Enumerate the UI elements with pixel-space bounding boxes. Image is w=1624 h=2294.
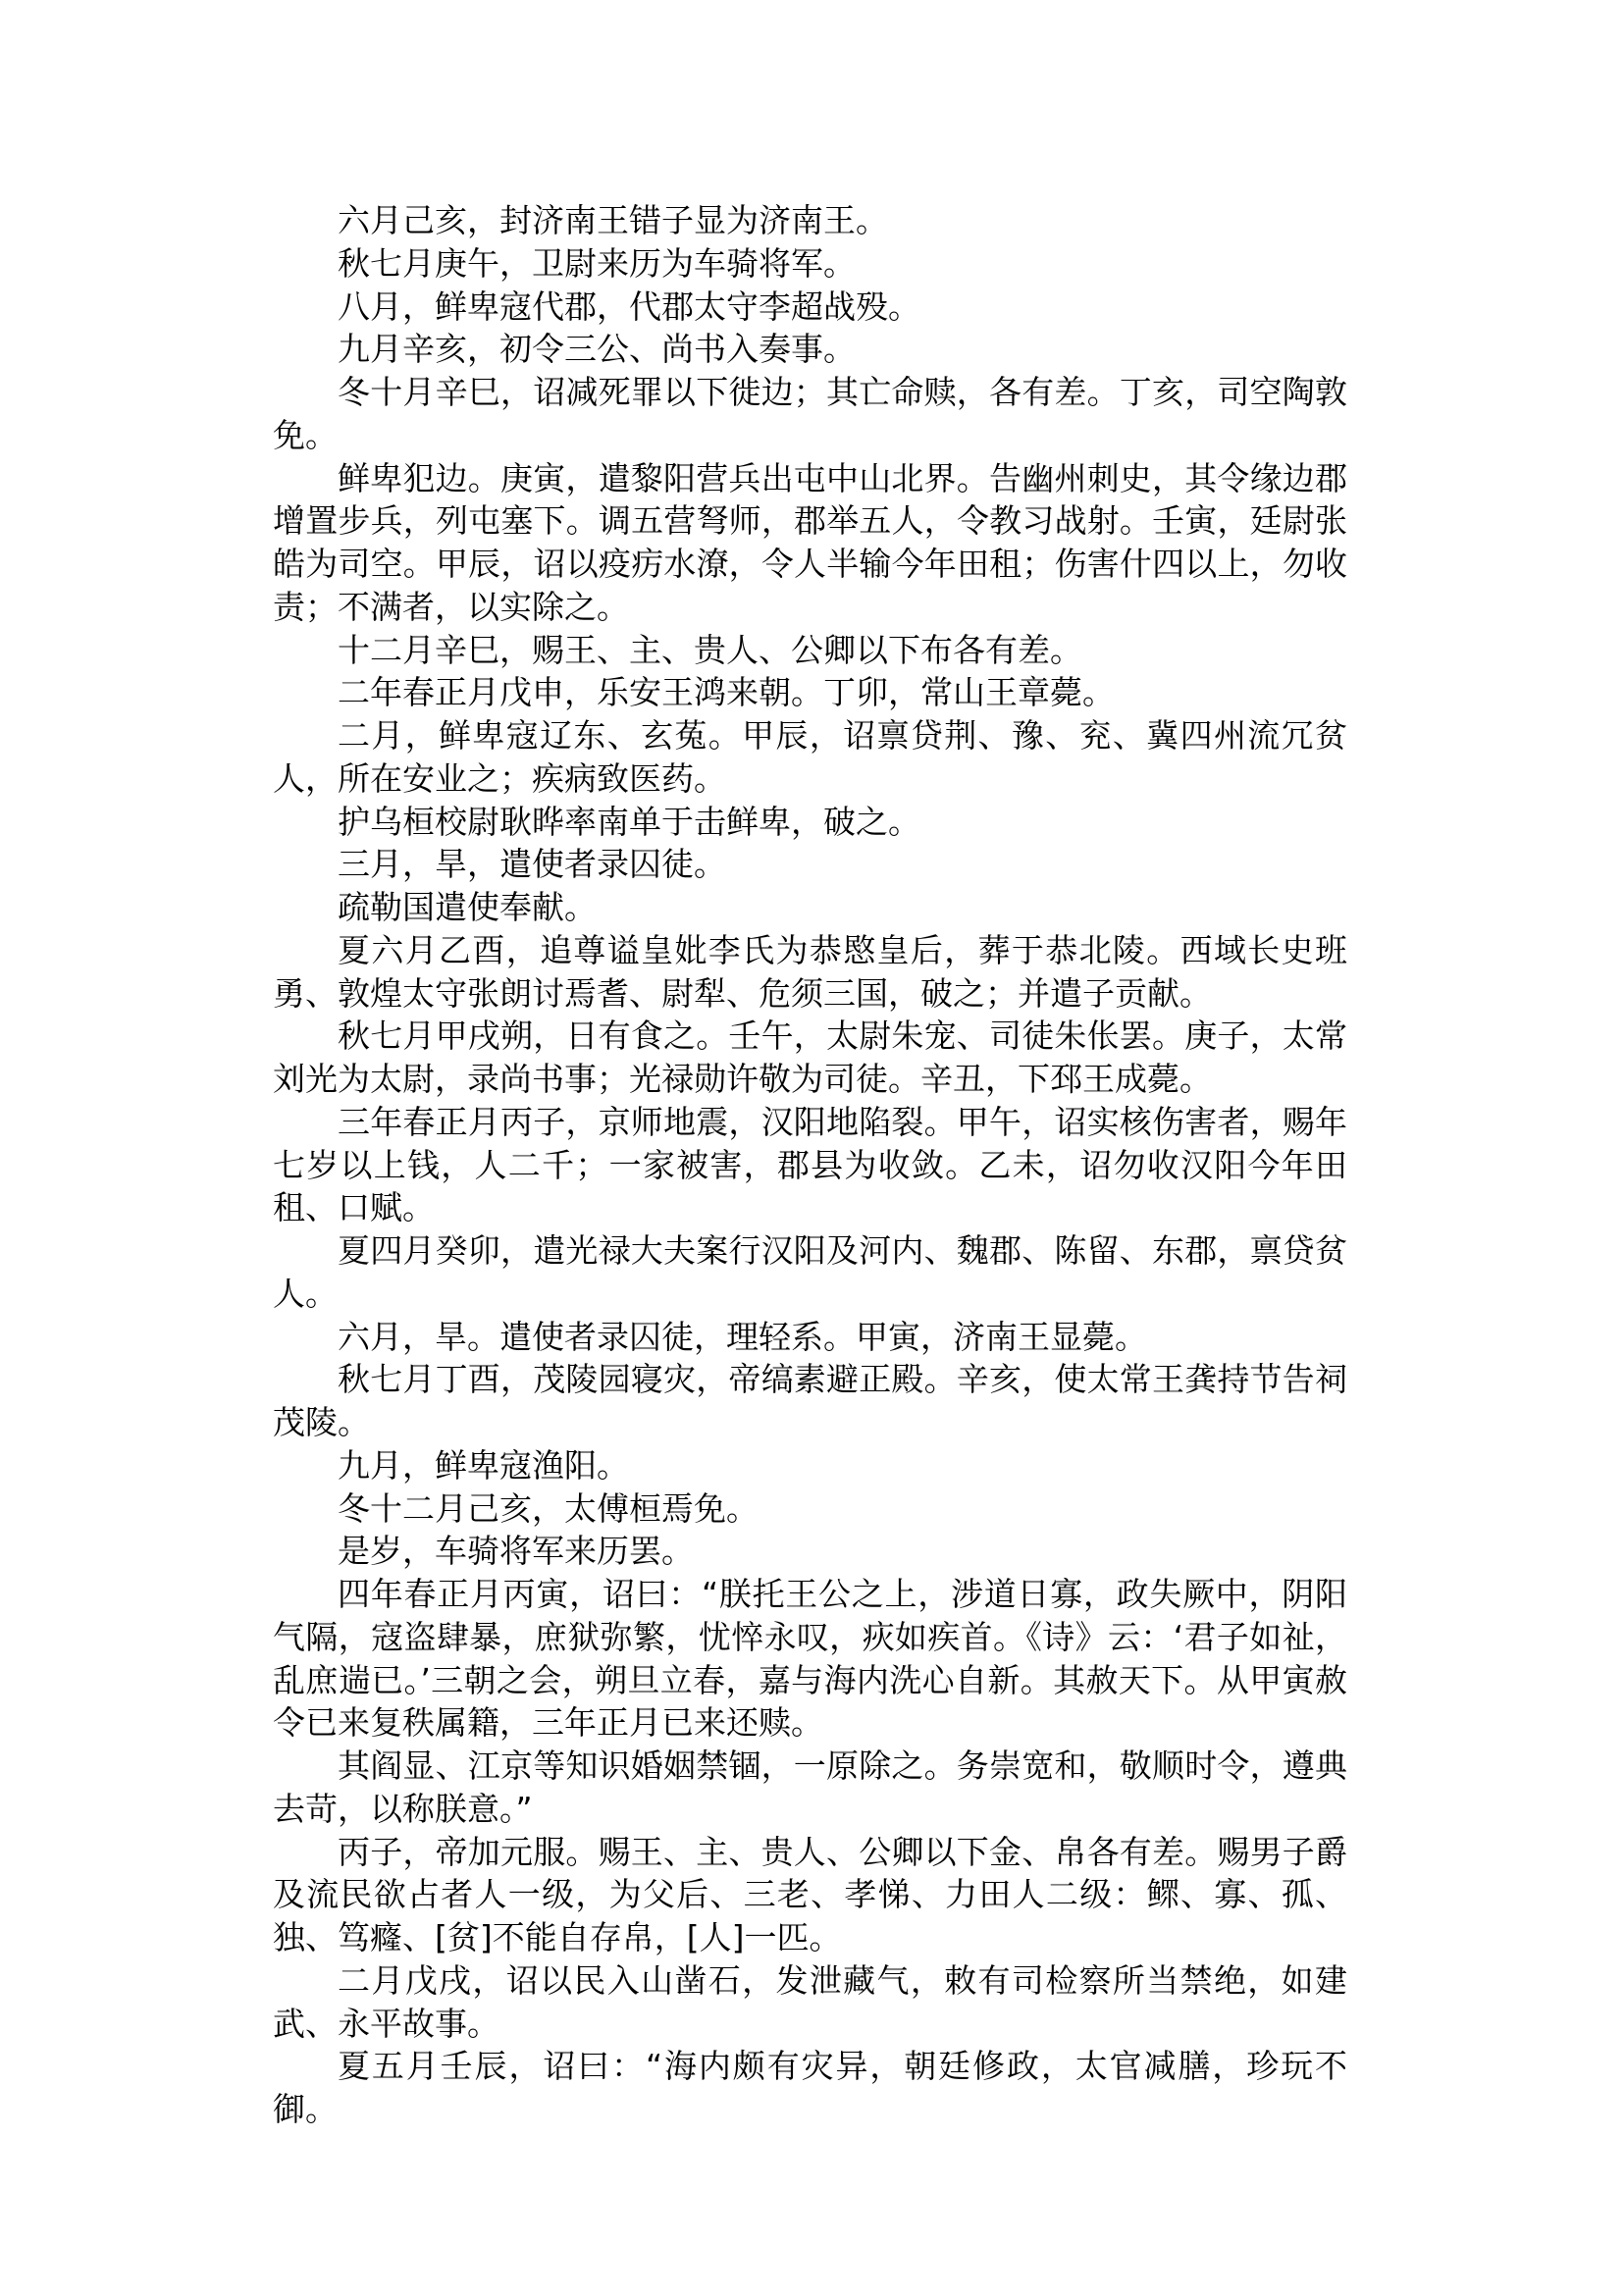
text-block: 六月己亥，封济南王错子显为济南王。 秋七月庚午，卫尉来历为车骑将军。 八月，鲜卑… [273, 199, 1347, 2131]
paragraph: 六月，旱。遣使者录囚徒，理轻系。甲寅，济南王显薨。 [273, 1316, 1347, 1359]
paragraph: 冬十二月己亥，太傅桓焉免。 [273, 1487, 1347, 1531]
paragraph: 夏四月癸卯，遣光禄大夫案行汉阳及河内、魏郡、陈留、东郡，禀贷贫人。 [273, 1229, 1347, 1316]
paragraph: 疏勒国遣使奉献。 [273, 886, 1347, 929]
paragraph: 十二月辛巳，赐王、主、贵人、公卿以下布各有差。 [273, 629, 1347, 672]
paragraph: 四年春正月丙寅，诏曰：“朕托王公之上，涉道日寡，政失厥中，阴阳气隔，寇盗肆暴，庶… [273, 1573, 1347, 1745]
paragraph: 鲜卑犯边。庚寅，遣黎阳营兵出屯中山北界。告幽州刺史，其令缘边郡增置步兵，列屯塞下… [273, 457, 1347, 629]
paragraph: 三月，旱，遣使者录囚徒。 [273, 843, 1347, 886]
paragraph: 其阎显、江京等知识婚姻禁锢，一原除之。务崇宽和，敬顺时令，遵典去苛，以称朕意。” [273, 1745, 1347, 1831]
paragraph: 秋七月丁酉，茂陵园寝灾，帝缟素避正殿。辛亥，使太常王龚持节告祠茂陵。 [273, 1358, 1347, 1444]
paragraph: 夏六月乙酉，追尊谥皇妣李氏为恭愍皇后，葬于恭北陵。西域长史班勇、敦煌太守张朗讨焉… [273, 929, 1347, 1016]
paragraph: 九月，鲜卑寇渔阳。 [273, 1444, 1347, 1487]
paragraph: 秋七月甲戌朔，日有食之。壬午，太尉朱宠、司徒朱伥罢。庚子，太常刘光为太尉，录尚书… [273, 1015, 1347, 1101]
paragraph: 秋七月庚午，卫尉来历为车骑将军。 [273, 242, 1347, 286]
paragraph: 六月己亥，封济南王错子显为济南王。 [273, 199, 1347, 242]
paragraph: 八月，鲜卑寇代郡，代郡太守李超战殁。 [273, 286, 1347, 329]
paragraph: 是岁，车骑将军来历罢。 [273, 1530, 1347, 1573]
paragraph: 夏五月壬辰，诏曰：“海内颇有灾异，朝廷修政，太官减膳，珍玩不御。 [273, 2045, 1347, 2131]
paragraph: 九月辛亥，初令三公、尚书入奏事。 [273, 328, 1347, 371]
paragraph: 二月戊戌，诏以民入山凿石，发泄藏气，敕有司检察所当禁绝，如建武、永平故事。 [273, 1959, 1347, 2046]
paragraph: 二年春正月戊申，乐安王鸿来朝。丁卯，常山王章薨。 [273, 671, 1347, 714]
paragraph: 二月，鲜卑寇辽东、玄菟。甲辰，诏禀贷荆、豫、兖、冀四州流冗贫人，所在安业之；疾病… [273, 714, 1347, 801]
paragraph: 三年春正月丙子，京师地震，汉阳地陷裂。甲午，诏实核伤害者，赐年七岁以上钱，人二千… [273, 1101, 1347, 1229]
paragraph: 冬十月辛巳，诏减死罪以下徙边；其亡命赎，各有差。丁亥，司空陶敦免。 [273, 371, 1347, 457]
paragraph: 丙子，帝加元服。赐王、主、贵人、公卿以下金、帛各有差。赐男子爵及流民欲占者人一级… [273, 1831, 1347, 1959]
document-page: 六月己亥，封济南王错子显为济南王。 秋七月庚午，卫尉来历为车骑将军。 八月，鲜卑… [0, 0, 1624, 2294]
paragraph: 护乌桓校尉耿晔率南单于击鲜卑，破之。 [273, 801, 1347, 844]
